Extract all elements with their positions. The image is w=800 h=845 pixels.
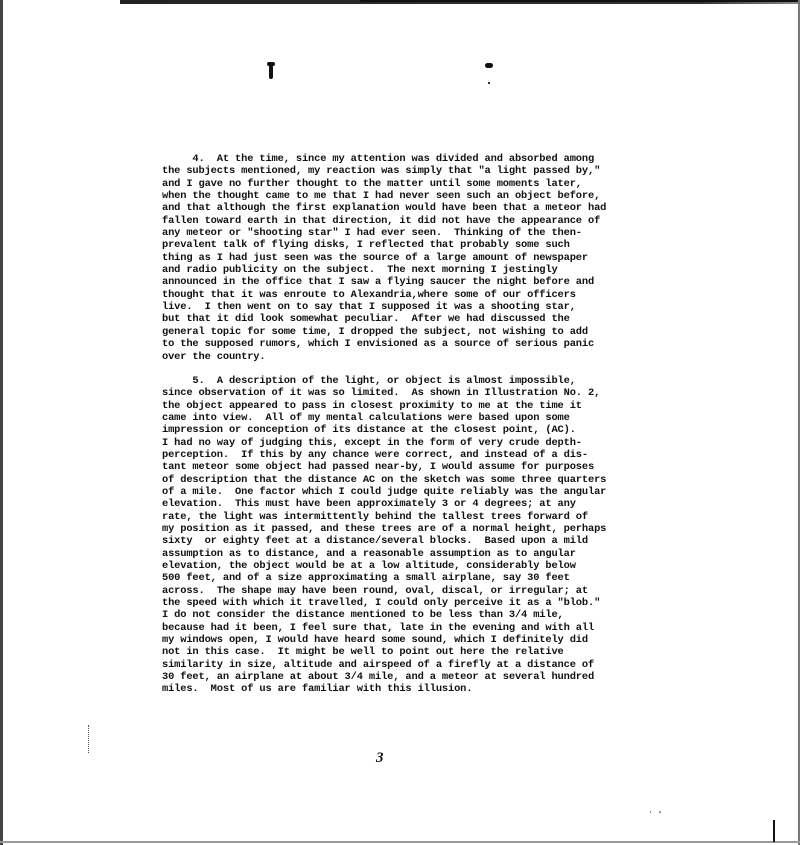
binding-hole-mark-right <box>485 63 493 68</box>
text-line: came into view. All of my mental calcula… <box>162 412 682 424</box>
text-line: fallen toward earth in that direction, i… <box>162 215 682 227</box>
text-line: elevation, the object would be at a low … <box>162 560 682 572</box>
text-line: of description that the distance AC on t… <box>162 474 682 486</box>
margin-mark <box>88 725 90 753</box>
text-line: the object appeared to pass in closest p… <box>162 400 682 412</box>
binding-hole-mark-left <box>267 62 275 80</box>
text-line: impression or conception of its distance… <box>162 424 682 436</box>
text-line: my position as it passed, and these tree… <box>162 523 682 535</box>
scan-top-edge-line <box>360 0 800 2</box>
text-line: rate, the light was intermittently behin… <box>162 511 682 523</box>
scan-left-edge <box>0 0 3 845</box>
text-line: thought that it was enroute to Alexandri… <box>162 289 682 301</box>
text-line: over the country. <box>162 351 682 363</box>
page-corner-mark <box>773 820 775 842</box>
paragraph-5: 5. A description of the light, or object… <box>162 375 682 696</box>
scan-bottom-edge <box>0 841 800 843</box>
text-line: since observation of it was so limited. … <box>162 387 682 399</box>
text-line: 5. A description of the light, or object… <box>162 375 682 387</box>
text-line: assumption as to distance, and a reasona… <box>162 548 682 560</box>
text-line: thing as I had just seen was the source … <box>162 252 682 264</box>
text-line: sixty or eighty feet at a distance/sever… <box>162 535 682 547</box>
page-number: 3 <box>376 750 384 767</box>
paragraph-4: 4. At the time, since my attention was d… <box>162 153 682 363</box>
text-line: tant meteor some object had passed near-… <box>162 461 682 473</box>
text-line: perception. If this by any chance were c… <box>162 449 682 461</box>
document-body: 4. At the time, since my attention was d… <box>162 153 682 696</box>
text-line: I do not consider the distance mentioned… <box>162 609 682 621</box>
scan-specks: ⋅ ⋆ <box>648 808 662 818</box>
text-line: announced in the office that I saw a fly… <box>162 276 682 288</box>
text-line: similarity in size, altitude and airspee… <box>162 659 682 671</box>
scan-speck <box>488 82 490 84</box>
text-line: my windows open, I would have heard some… <box>162 634 682 646</box>
text-line: not in this case. It might be well to po… <box>162 646 682 658</box>
text-line: but that it did look somewhat peculiar. … <box>162 313 682 325</box>
text-line: when the thought came to me that I had n… <box>162 190 682 202</box>
text-line: general topic for some time, I dropped t… <box>162 326 682 338</box>
text-line: 30 feet, an airplane at about 3/4 mile, … <box>162 671 682 683</box>
text-line: the speed with which it travelled, I cou… <box>162 597 682 609</box>
text-line: the subjects mentioned, my reaction was … <box>162 165 682 177</box>
text-line: 4. At the time, since my attention was d… <box>162 153 682 165</box>
text-line: and radio publicity on the subject. The … <box>162 264 682 276</box>
text-line: across. The shape may have been round, o… <box>162 585 682 597</box>
text-line: and that although the first explanation … <box>162 202 682 214</box>
text-line: I had no way of judging this, except in … <box>162 437 682 449</box>
text-line: of a mile. One factor which I could judg… <box>162 486 682 498</box>
text-line: any meteor or "shooting star" I had ever… <box>162 227 682 239</box>
text-line: and I gave no further thought to the mat… <box>162 178 682 190</box>
text-line: miles. Most of us are familiar with this… <box>162 683 682 695</box>
text-line: 500 feet, and of a size approximating a … <box>162 572 682 584</box>
text-line: elevation. This must have been approxima… <box>162 498 682 510</box>
text-line: because had it been, I feel sure that, l… <box>162 622 682 634</box>
text-line: to the supposed rumors, which I envision… <box>162 338 682 350</box>
text-line: live. I then went on to say that I suppo… <box>162 301 682 313</box>
text-line: prevalent talk of flying disks, I reflec… <box>162 239 682 251</box>
